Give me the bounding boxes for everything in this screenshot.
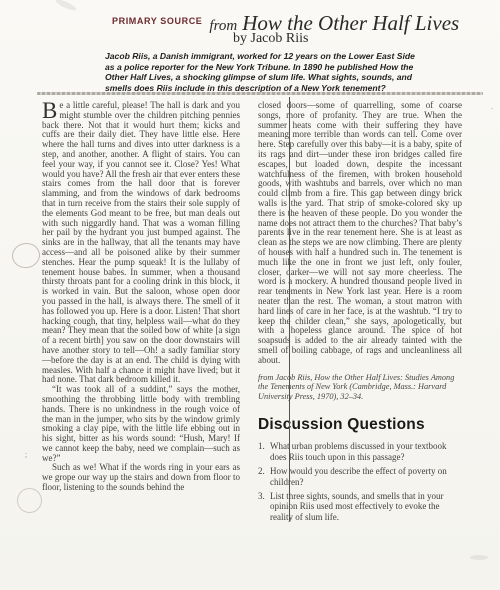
margin-pen-circle-artifact [17,488,42,513]
intro-blurb: Jacob Riis, a Danish immigrant, worked f… [105,51,425,93]
question-number: 1. [258,441,270,462]
scan-smudge-artifact [470,555,488,560]
question-number: 3. [258,491,270,522]
margin-pen-circle-artifact [10,241,41,270]
margin-tick-artifact: ; [25,450,27,459]
question-text: What urban problems discussed in your te… [270,441,462,462]
body-paragraph: Such as we! What if the words ring in yo… [42,463,240,492]
body-paragraph: “It was took all of a suddint,” says the… [42,385,240,463]
question-number: 2. [258,466,270,487]
body-paragraph: Be a little careful, please! The hall is… [42,101,240,385]
primary-source-kicker: PRIMARY SOURCE [112,16,202,26]
scanned-textbook-page: PRIMARY SOURCEfromHow the Other Half Liv… [0,0,500,590]
question-text: List three sights, sounds, and smells th… [270,491,462,522]
column-left: Be a little careful, please! The hall is… [42,101,240,526]
column-divider-rule [289,97,290,521]
article-columns: Be a little careful, please! The hall is… [42,101,462,526]
byline: by Jacob Riis [233,31,308,47]
margin-tick-artifact: . [491,102,493,111]
scan-smudge-artifact [55,0,78,12]
paragraph-text: e a little careful, please! The hall is … [42,100,240,384]
drop-cap: B [42,101,59,120]
section-divider-rule [37,92,483,95]
question-text: How would you describe the effect of pov… [270,466,462,487]
